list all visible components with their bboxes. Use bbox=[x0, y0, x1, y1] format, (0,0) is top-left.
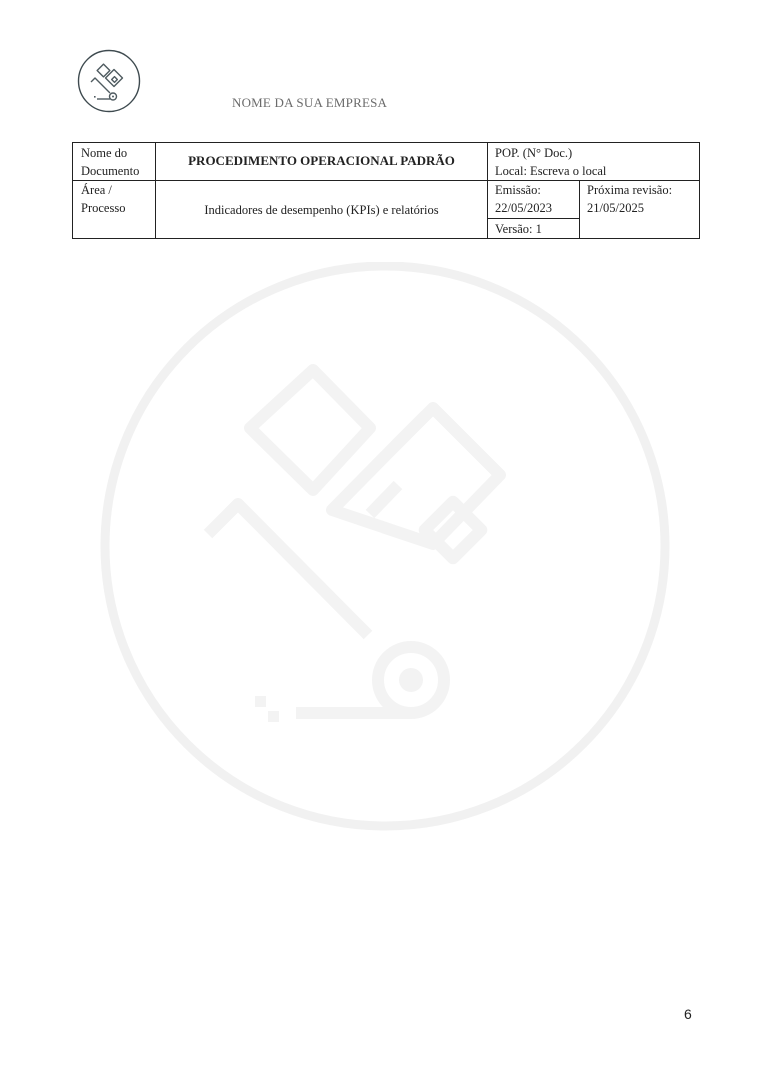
label-line: Documento bbox=[81, 162, 155, 180]
area-value: Indicadores de desempenho (KPIs) e relat… bbox=[156, 201, 487, 219]
hand-truck-watermark-icon bbox=[100, 262, 670, 832]
document-header-table: Nome do Documento PROCEDIMENTO OPERACION… bbox=[72, 142, 700, 239]
pop-number: POP. (N° Doc.) bbox=[495, 144, 695, 162]
area-label: Área / Processo bbox=[81, 181, 155, 217]
page-number: 6 bbox=[684, 1006, 692, 1022]
document-title: PROCEDIMENTO OPERACIONAL PADRÃO bbox=[156, 152, 487, 170]
version: Versão: 1 bbox=[495, 220, 579, 238]
company-name: NOME DA SUA EMPRESA bbox=[232, 95, 387, 111]
divider bbox=[487, 143, 488, 238]
location: Local: Escreva o local bbox=[495, 162, 695, 180]
label-line: Nome do bbox=[81, 144, 155, 162]
divider bbox=[579, 180, 580, 238]
divider bbox=[487, 218, 579, 219]
next-review-label: Próxima revisão: bbox=[587, 181, 699, 199]
company-logo-icon bbox=[77, 49, 141, 113]
doc-name-label: Nome do Documento bbox=[81, 144, 155, 180]
issue-date: 22/05/2023 bbox=[495, 199, 579, 217]
next-review-date: 21/05/2025 bbox=[587, 199, 699, 217]
issue-label: Emissão: bbox=[495, 181, 579, 199]
label-line: Área / bbox=[81, 181, 155, 199]
label-line: Processo bbox=[81, 199, 155, 217]
